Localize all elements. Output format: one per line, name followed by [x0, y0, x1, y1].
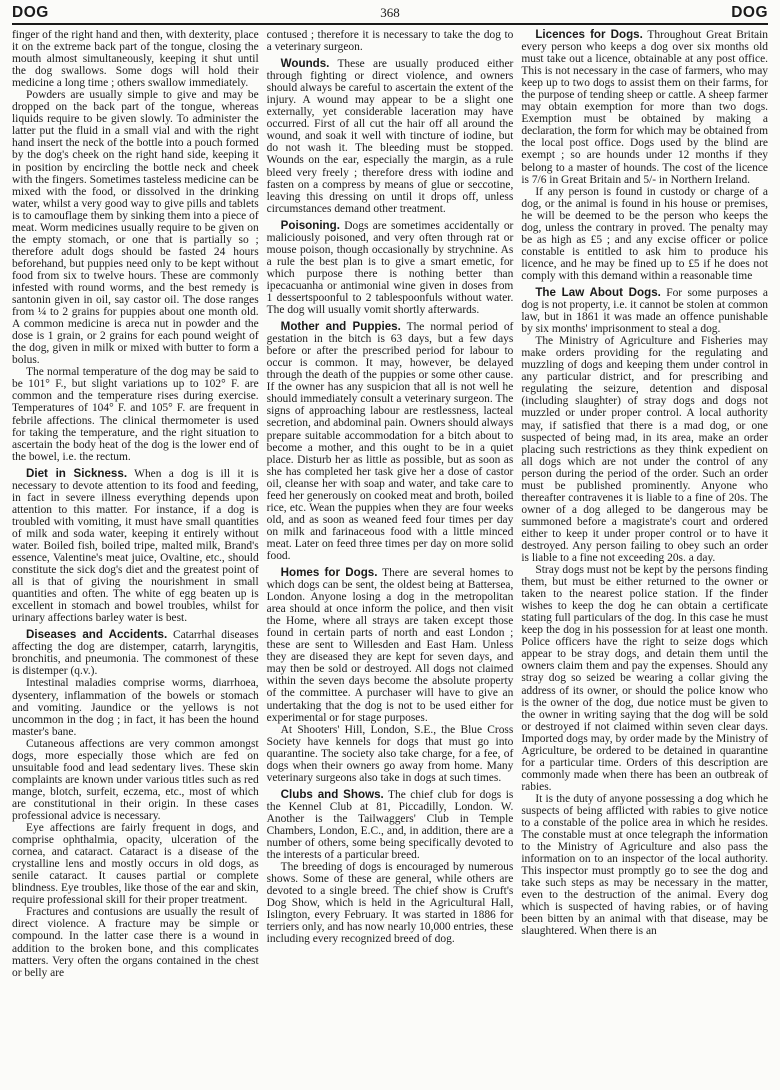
- paragraph-text: These are usually produced either throug…: [267, 58, 514, 215]
- section-paragraph: Diet in Sickness. When a dog is ill it i…: [12, 468, 259, 625]
- running-head-right: DOG: [731, 4, 768, 22]
- section-heading: Poisoning.: [281, 219, 340, 232]
- paragraph: It is the duty of anyone possessing a do…: [521, 793, 768, 938]
- column-1: finger of the right hand and then, with …: [12, 29, 259, 1090]
- paragraph-text: Fractures and contusions are usually the…: [12, 906, 259, 978]
- section-paragraph: Poisoning. Dogs are sometimes accidental…: [267, 220, 514, 316]
- section-paragraph: The Law About Dogs. For some purposes a …: [521, 287, 768, 335]
- section-paragraph: Wounds. These are usually produced eithe…: [267, 58, 514, 215]
- section-heading: Licences for Dogs.: [535, 28, 642, 41]
- section-heading: Mother and Puppies.: [281, 320, 401, 333]
- paragraph: Stray dogs must not be kept by the perso…: [521, 564, 768, 793]
- paragraph-text: It is the duty of anyone possessing a do…: [521, 793, 768, 938]
- paragraph-text: There are several homes to which dogs ca…: [267, 567, 514, 724]
- paragraph-text: Stray dogs must not be kept by the perso…: [521, 564, 768, 793]
- section-heading: Clubs and Shows.: [281, 788, 384, 801]
- text-columns: finger of the right hand and then, with …: [12, 29, 768, 1090]
- section-paragraph: Clubs and Shows. The chief club for dogs…: [267, 789, 514, 861]
- paragraph-text: Dogs are sometimes accidentally or malic…: [267, 220, 514, 316]
- paragraph-text: Eye affections are fairly frequent in do…: [12, 822, 259, 906]
- page-header: DOG 368 DOG: [12, 2, 768, 24]
- paragraph: Cutaneous affections are very common amo…: [12, 738, 259, 822]
- paragraph-text: Powders are usually simple to give and m…: [12, 89, 259, 366]
- paragraph-text: contused ; therefore it is necessary to …: [267, 29, 514, 53]
- header-rule: [12, 23, 768, 25]
- column-3: Licences for Dogs. Throughout Great Brit…: [521, 29, 768, 1090]
- section-paragraph: Licences for Dogs. Throughout Great Brit…: [521, 29, 768, 186]
- paragraph-text: Throughout Great Britain every person wh…: [521, 29, 768, 186]
- column-2: contused ; therefore it is necessary to …: [267, 29, 514, 1090]
- section-heading: Homes for Dogs.: [281, 566, 378, 579]
- page-number: 368: [12, 5, 768, 21]
- paragraph-text: Intestinal maladies comprise worms, diar…: [12, 677, 259, 737]
- paragraph: If any person is found in custody or cha…: [521, 186, 768, 282]
- paragraph-text: The normal temperature of the dog may be…: [12, 366, 259, 462]
- paragraph-text: The normal period of gestation in the bi…: [267, 321, 514, 562]
- paragraph: Fractures and contusions are usually the…: [12, 906, 259, 978]
- paragraph-text: The Ministry of Agriculture and Fisherie…: [521, 335, 768, 564]
- paragraph: The Ministry of Agriculture and Fisherie…: [521, 335, 768, 564]
- paragraph: Intestinal maladies comprise worms, diar…: [12, 677, 259, 737]
- paragraph: The normal temperature of the dog may be…: [12, 366, 259, 462]
- paragraph: The breeding of dogs is encouraged by nu…: [267, 861, 514, 945]
- paragraph: contused ; therefore it is necessary to …: [267, 29, 514, 53]
- paragraph: At Shooters' Hill, London, S.E., the Blu…: [267, 724, 514, 784]
- paragraph: Eye affections are fairly frequent in do…: [12, 822, 259, 906]
- paragraph-text: At Shooters' Hill, London, S.E., the Blu…: [267, 724, 514, 784]
- section-heading: The Law About Dogs.: [535, 286, 661, 299]
- paragraph: finger of the right hand and then, with …: [12, 29, 259, 89]
- paragraph-text: finger of the right hand and then, with …: [12, 29, 259, 89]
- paragraph-text: When a dog is ill it is necessary to dev…: [12, 468, 259, 625]
- section-paragraph: Mother and Puppies. The normal period of…: [267, 321, 514, 562]
- paragraph: Powders are usually simple to give and m…: [12, 89, 259, 366]
- paragraph-text: If any person is found in custody or cha…: [521, 186, 768, 282]
- paragraph-text: Cutaneous affections are very common amo…: [12, 738, 259, 822]
- section-paragraph: Diseases and Accidents. Catarrhal diseas…: [12, 629, 259, 677]
- section-heading: Diet in Sickness.: [26, 467, 127, 480]
- section-heading: Wounds.: [281, 57, 330, 70]
- section-heading: Diseases and Accidents.: [26, 628, 167, 641]
- paragraph-text: The breeding of dogs is encouraged by nu…: [267, 861, 514, 945]
- section-paragraph: Homes for Dogs. There are several homes …: [267, 567, 514, 724]
